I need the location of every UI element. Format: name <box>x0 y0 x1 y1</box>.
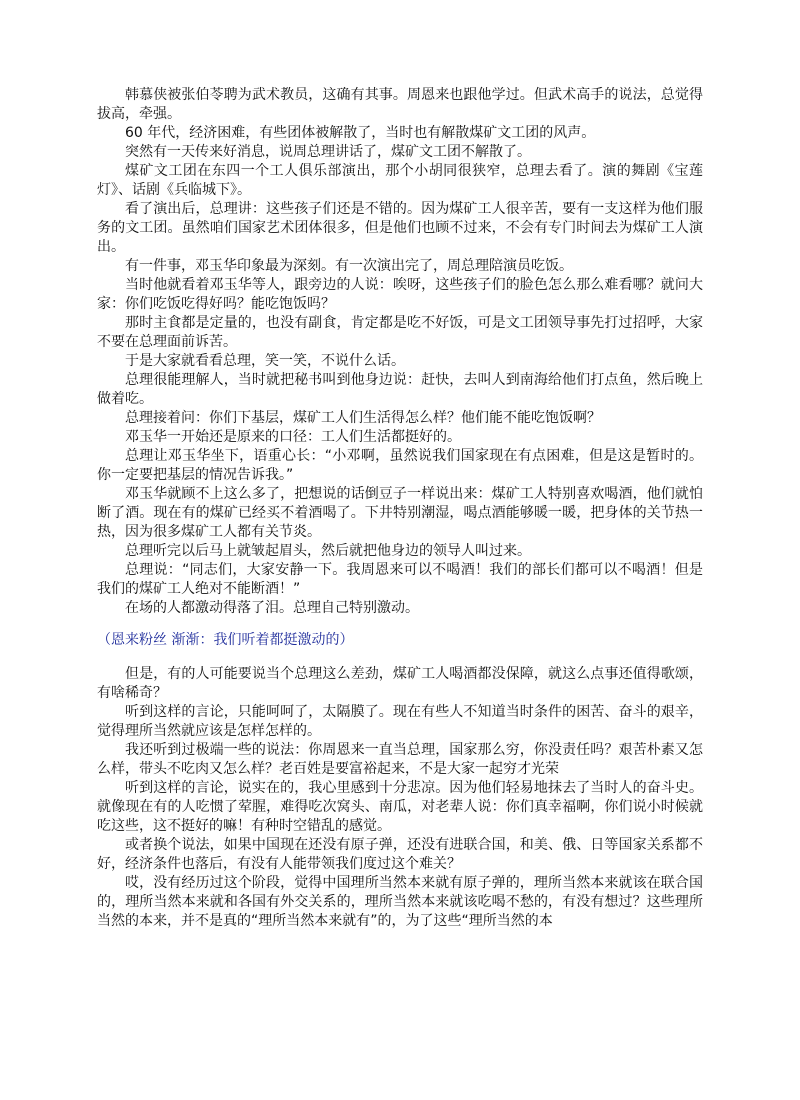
paragraph: 在场的人都激动得落了泪。总理自己特别激动。 <box>97 599 703 618</box>
article-body: 韩慕侠被张伯苓聘为武术教员，这确有其事。周恩来也跟他学过。但武术高手的说法，总觉… <box>97 86 703 931</box>
paragraph: 哎，没有经历过这个阶段，觉得中国理所当然本来就有原子弹的，理所当然本来就该在联合… <box>97 874 703 931</box>
paragraph: 听到这样的言论，只能呵呵了，太隔膜了。现在有些人不知道当时条件的困苦、奋斗的艰辛… <box>97 703 703 741</box>
paragraph: 于是大家就看看总理，笑一笑，不说什么话。 <box>97 352 703 371</box>
paragraph: 看了演出后，总理讲：这些孩子们还是不错的。因为煤矿工人很辛苦，要有一支这样为他们… <box>97 200 703 257</box>
paragraph: 有一件事，邓玉华印象最为深刻。有一次演出完了，周总理陪演员吃饭。 <box>97 257 703 276</box>
paragraph: 突然有一天传来好消息，说周总理讲话了，煤矿文工团不解散了。 <box>97 143 703 162</box>
paragraph: 我还听到过极端一些的说法：你周恩来一直当总理，国家那么穷，你没责任吗？艰苦朴素又… <box>97 741 703 779</box>
paragraph: 当时他就看着邓玉华等人，跟旁边的人说：唉呀，这些孩子们的脸色怎么那么难看哪？就问… <box>97 276 703 314</box>
paragraph: 总理接着问：你们下基层，煤矿工人们生活得怎么样？他们能不能吃饱饭啊？ <box>97 409 703 428</box>
paragraph: 或者换个说法，如果中国现在还没有原子弹，还没有进联合国，和美、俄、日等国家关系都… <box>97 836 703 874</box>
paragraph: 总理很能理解人，当时就把秘书叫到他身边说：赶快，去叫人到南海给他们打点鱼，然后晚… <box>97 371 703 409</box>
paragraph: 听到这样的言论，说实在的，我心里感到十分悲凉。因为他们轻易地抹去了当时人的奋斗史… <box>97 779 703 836</box>
paragraph: 60 年代，经济困难，有些团体被解散了，当时也有解散煤矿文工团的风声。 <box>97 124 703 143</box>
reader-comment-caption: （恩来粉丝 渐渐：我们听着都挺激动的） <box>97 631 703 650</box>
paragraph: 邓玉华一开始还是原来的口径：工人们生活都挺好的。 <box>97 428 703 447</box>
paragraph: 煤矿文工团在东四一个工人俱乐部演出，那个小胡同很狭窄，总理去看了。演的舞剧《宝莲… <box>97 162 703 200</box>
paragraph: 总理让邓玉华坐下，语重心长：“小邓啊，虽然说我们国家现在有点困难，但是这是暂时的… <box>97 447 703 485</box>
paragraph: 邓玉华就顾不上这么多了，把想说的话倒豆子一样说出来：煤矿工人特别喜欢喝酒，他们就… <box>97 485 703 542</box>
paragraph: 但是，有的人可能要说当个总理这么差劲，煤矿工人喝酒都没保障，就这么点事还值得歌颂… <box>97 665 703 703</box>
paragraph: 总理听完以后马上就皱起眉头，然后就把他身边的领导人叫过来。 <box>97 542 703 561</box>
paragraph: 韩慕侠被张伯苓聘为武术教员，这确有其事。周恩来也跟他学过。但武术高手的说法，总觉… <box>97 86 703 124</box>
paragraph: 那时主食都是定量的，也没有副食，肯定都是吃不好饭，可是文工团领导事先打过招呼，大… <box>97 314 703 352</box>
paragraph: 总理说：“同志们，大家安静一下。我周恩来可以不喝酒！我们的部长们都可以不喝酒！但… <box>97 561 703 599</box>
